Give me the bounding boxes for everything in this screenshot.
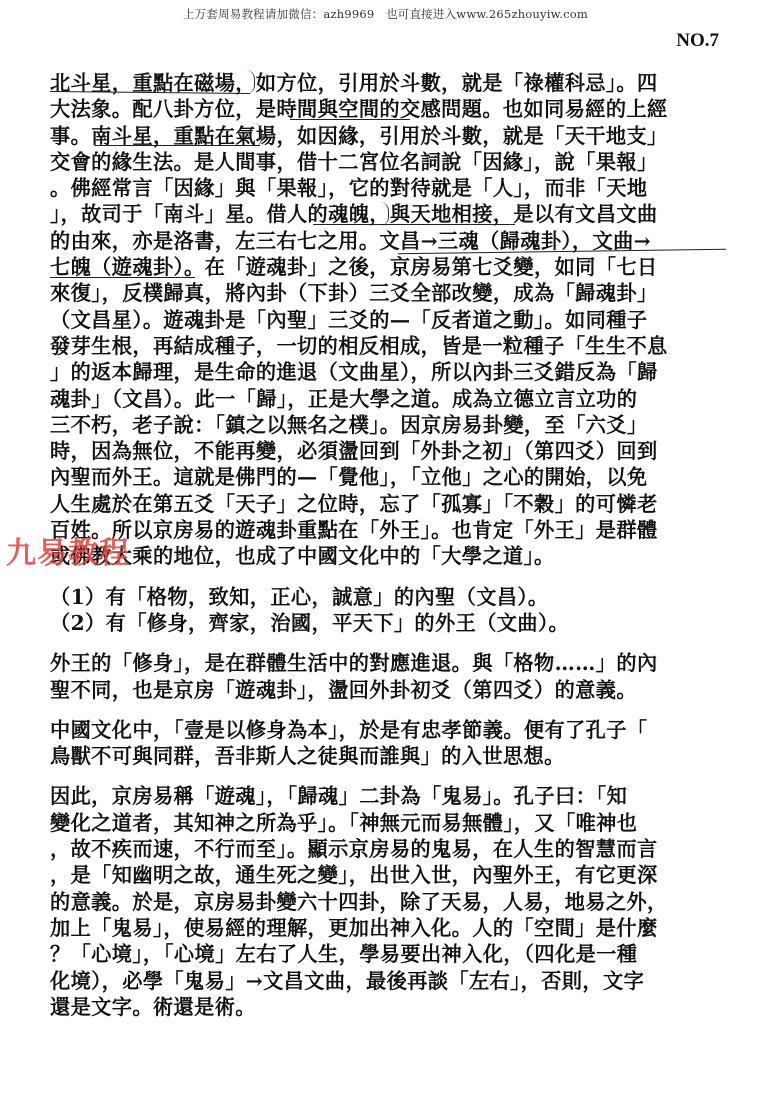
top-note: 上万套周易教程请加微信：azh9969 也可直接进入www.265zhouyiw…: [0, 6, 771, 22]
text-line: 發芽生根，再結成種子，一切的相反相成，皆是一粒種子「生生不息: [50, 333, 725, 359]
text-line: 因此，京房易稱「遊魂」，「歸魂」二卦為「鬼易」。孔子曰：「知: [50, 783, 725, 809]
paragraph-list: （1）有「格物，致知，正心，誠意」的內聖（文昌）。 （2）有「修身，齊家，治國，…: [50, 584, 725, 637]
text-line: 交會的緣生法。是人間事，借十二宮位名詞說「因緣」，說「果報」: [50, 149, 725, 175]
text-line: ，是「知幽明之故，通生死之變」，出世入世，內聖外王，有它更深: [50, 862, 725, 888]
list-item: （1）有「格物，致知，正心，誠意」的內聖（文昌）。: [50, 584, 725, 610]
text-line: 三不朽，老子說：「鎮之以無名之樸」。因京房易卦變，至「六爻」: [50, 412, 725, 438]
watermark-logo: 九易教程: [6, 528, 130, 572]
text-line: 還是文字。術還是術。: [50, 994, 725, 1020]
text-line: 外王的「修身」，是在群體生活中的對應進退。與「格物……」的內: [50, 650, 725, 676]
handwritten-underline: [95, 145, 260, 146]
text-line: 的意義。於是，京房易卦變六十四卦，除了天易，人易，地易之外，: [50, 889, 725, 915]
text-line: 時，因為無位，不能再變，必須盪回到「外卦之初」（第四爻）回到: [50, 438, 725, 464]
text-line: （文昌星）。遊魂卦是「內聖」三爻的—「反者道之動」。如同種子: [50, 307, 725, 333]
handwritten-underline: [50, 277, 195, 278]
text-line: 人生處於在第五爻「天子」之位時，忘了「孤寡」「不穀」的可憐老: [50, 491, 725, 517]
handwritten-underline: [313, 224, 515, 225]
text-line: ？「心境」，「心境」左右了人生，學易要出神入化，（四化是一種: [50, 941, 725, 967]
paragraph-5: 因此，京房易稱「遊魂」，「歸魂」二卦為「鬼易」。孔子曰：「知 變化之道者，其知神…: [50, 783, 725, 1020]
text-line: 百姓。所以京房易的遊魂卦重點在「外王」。也肯定「外王」是群體: [50, 517, 725, 543]
text-line: 或佛教大乘的地位，也成了中國文化中的「大學之道」。: [50, 543, 725, 569]
text-line: 內聖而外王。這就是佛門的—「覺他」，「立他」之心的開始，以免: [50, 464, 725, 490]
page-number: NO.7: [676, 30, 719, 52]
paragraph-gap: [50, 769, 725, 783]
paragraph-4: 中國文化中，「壹是以修身為本」，於是有忠孝節義。便有了孔子「 鳥獸不可與同群，吾…: [50, 717, 725, 770]
text-line: 鳥獸不可與同群，吾非斯人之徒與而誰與」的入世思想。: [50, 743, 725, 769]
text-line: 來復」，反樸歸真，將內卦（下卦）三爻全部改變，成為「歸魂卦」: [50, 280, 725, 306]
text-line: 變化之道者，其知神之所為乎」。「神無元而易無體」，又「唯神也: [50, 810, 725, 836]
text-line: 」的返本歸理，是生命的進退（文曲星），所以內卦三爻錯反為「歸: [50, 359, 725, 385]
paragraph-gap: [50, 570, 725, 584]
paragraph-gap: [50, 703, 725, 717]
handwritten-underline: [290, 119, 410, 120]
paragraph-gap: [50, 636, 725, 650]
paragraph-3: 外王的「修身」，是在群體生活中的對應進退。與「格物……」的內 聖不同，也是京房「…: [50, 650, 725, 703]
text-line: 聖不同，也是京房「遊魂卦」，盪回外卦初爻（第四爻）的意義。: [50, 677, 725, 703]
text-line: ，故不疾而速，不行而至」。顯示京房易的鬼易，在人生的智慧而言: [50, 836, 725, 862]
list-item: （2）有「修身，齊家，治國，平天下」的外王（文曲）。: [50, 610, 725, 636]
text-line: 魂卦」（文昌）。此一「歸」，正是大學之道。成為立德立言立功的: [50, 386, 725, 412]
text-line: 加上「鬼易」，使易經的理解，更加出神入化。人的「空間」是什麼: [50, 915, 725, 941]
text-line: 中國文化中，「壹是以修身為本」，於是有忠孝節義。便有了孔子「: [50, 717, 725, 743]
text-line: 化境），必學「鬼易」→文昌文曲，最後再談「左右」，否則，文字: [50, 968, 725, 994]
text-line: 。佛經常言「因緣」與「果報」，它的對待就是「人」，而非「天地: [50, 175, 725, 201]
